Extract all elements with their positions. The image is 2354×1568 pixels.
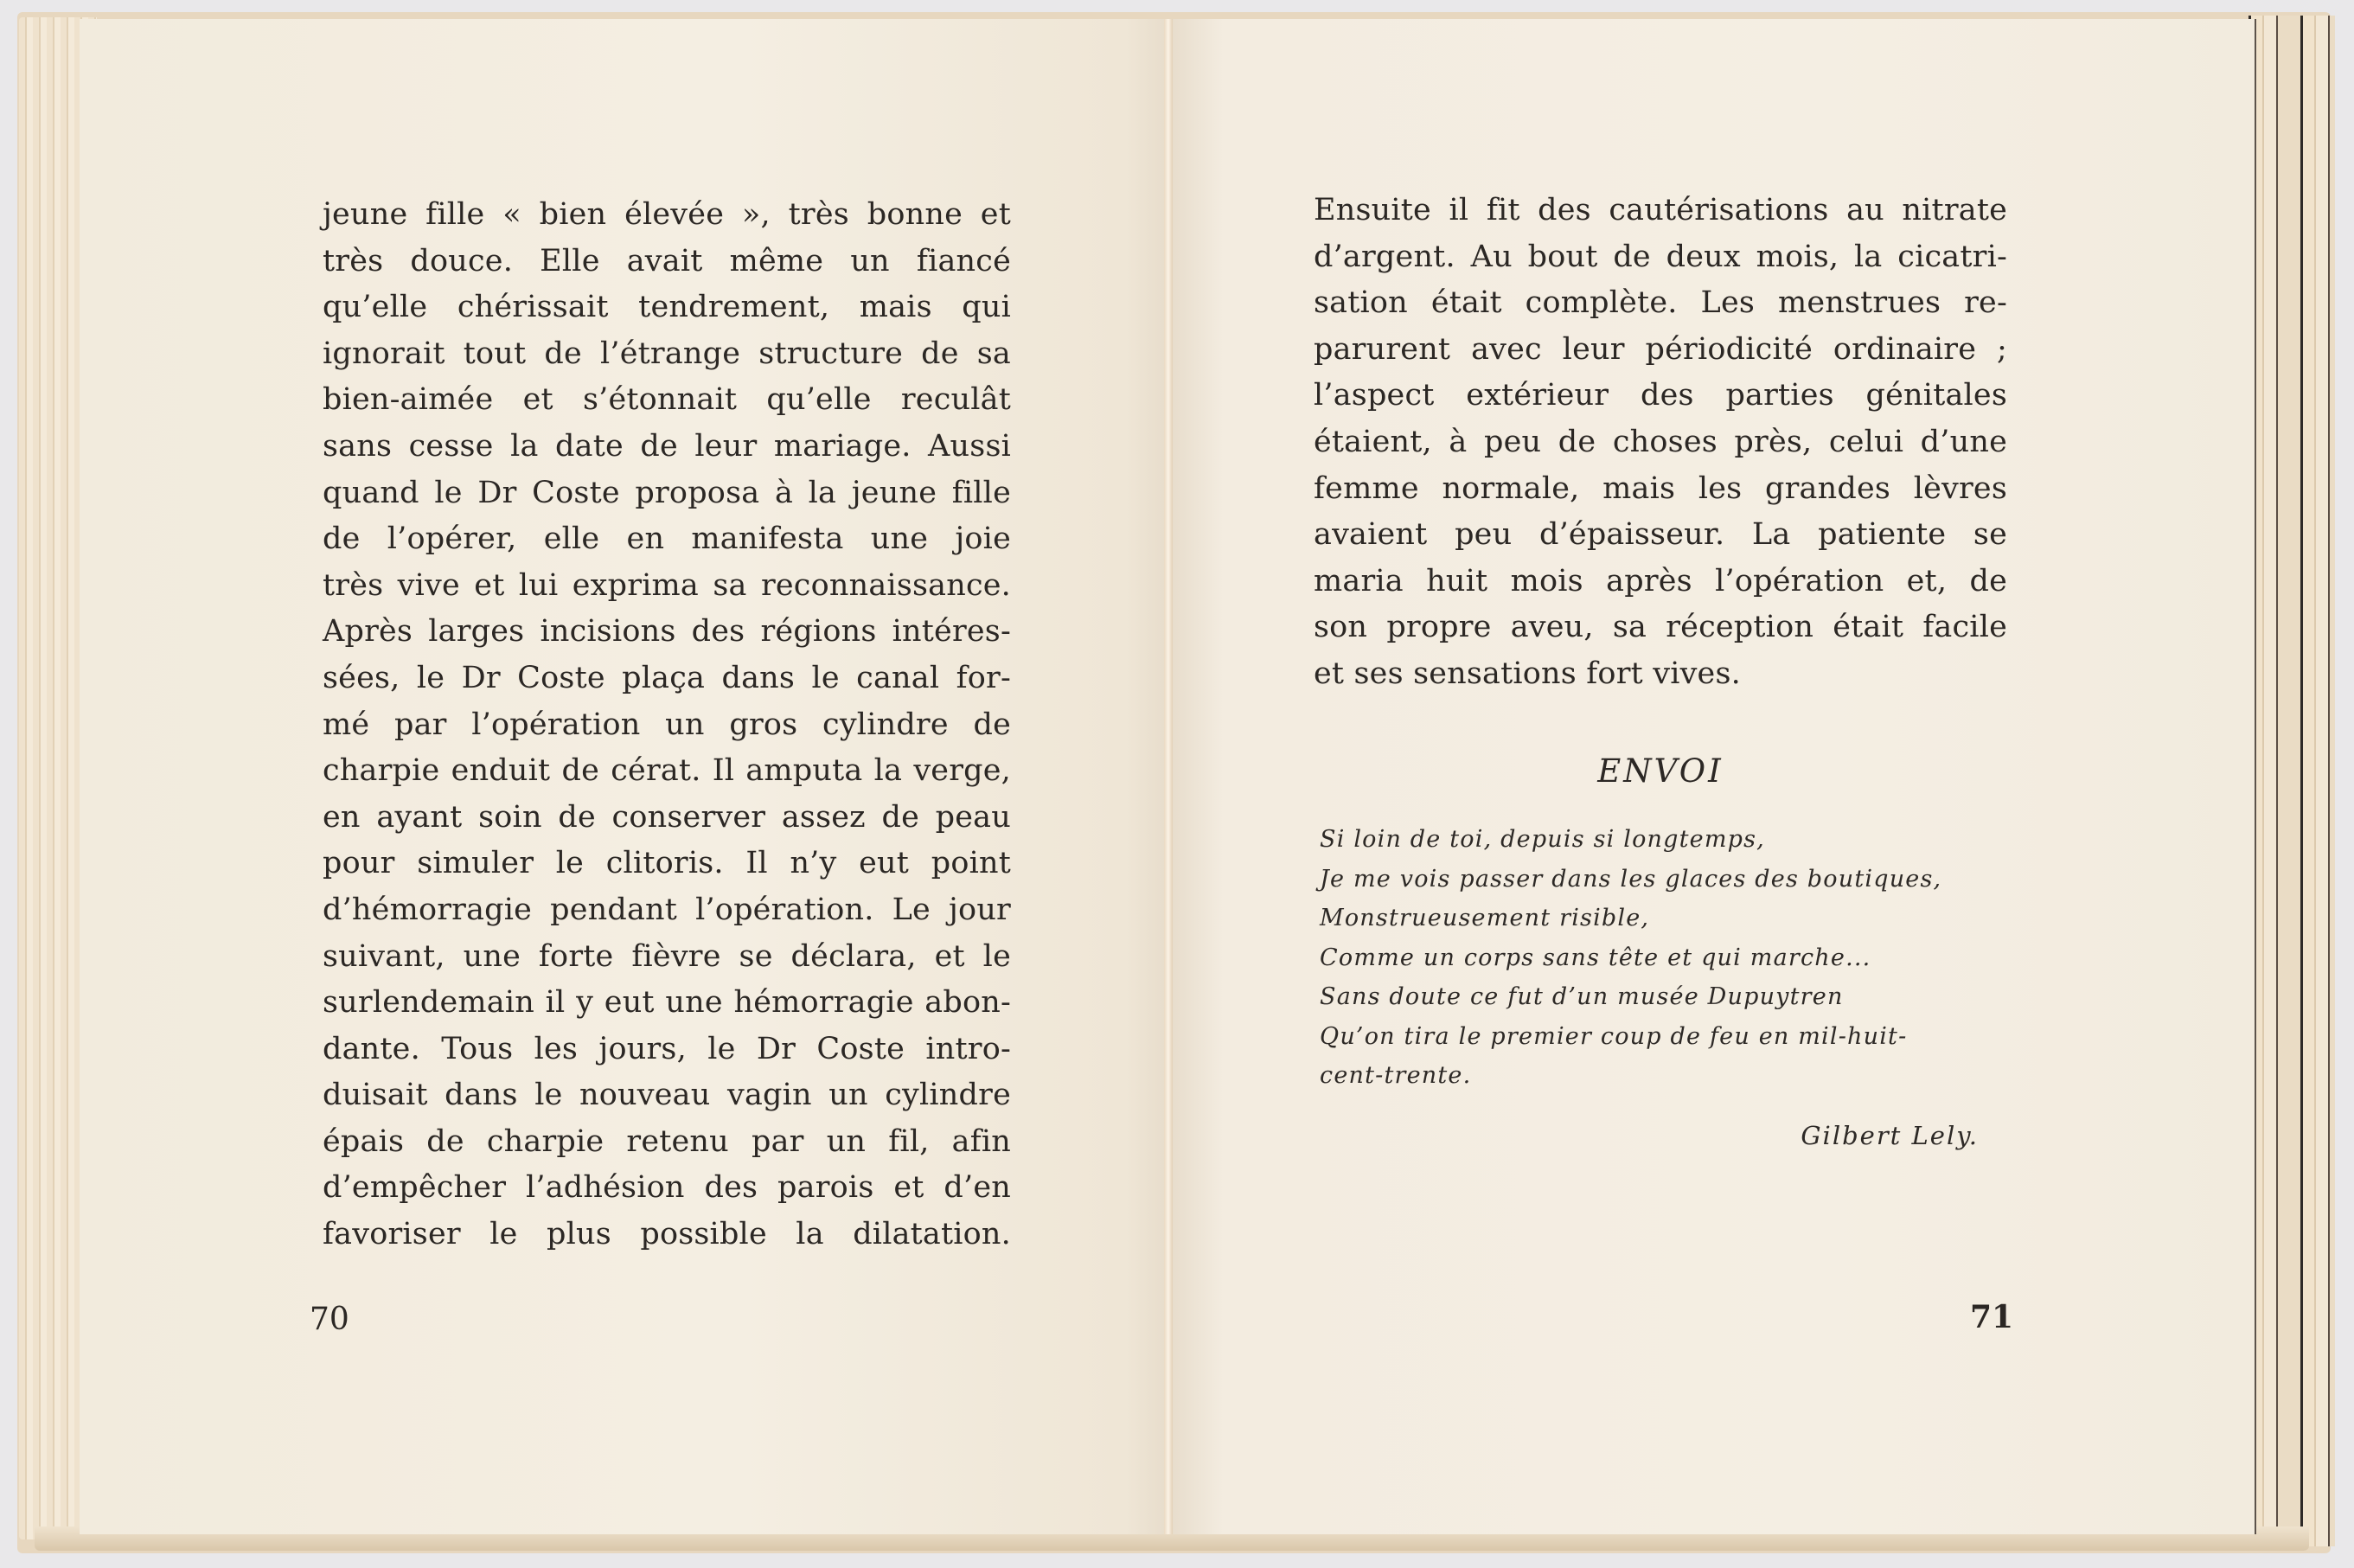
- poem-line: Comme un corps sans tête et qui marche..…: [1320, 938, 2012, 978]
- text-line: épais de charpie retenu par un fil, afin: [323, 1119, 1011, 1166]
- text-line: femme normale, mais les grandes lèvres: [1314, 466, 2007, 513]
- left-page-body: jeune fille « bien élevée », très bonne …: [323, 192, 1011, 1258]
- text-line: et ses sensations fort vives.: [1314, 651, 2007, 698]
- envoi-heading: ENVOI: [1315, 752, 2006, 790]
- text-line: bien-aimée et s’étonnait qu’elle reculât: [323, 377, 1011, 424]
- text-line: Après larges incisions des régions intér…: [323, 609, 1011, 656]
- page-number-left: 70: [310, 1302, 349, 1337]
- poem: Si loin de toi, depuis si longtemps, Je …: [1320, 820, 2012, 1096]
- text-line: d’hémorragie pendant l’opération. Le jou…: [323, 887, 1011, 934]
- text-line: son propre aveu, sa réception était faci…: [1314, 605, 2007, 651]
- text-line: maria huit mois après l’opération et, de: [1314, 559, 2007, 605]
- text-line: avaient peu d’épaisseur. La patiente se: [1314, 512, 2007, 559]
- text-line: l’aspect extérieur des parties génitales: [1314, 373, 2007, 419]
- poem-line: cent-trente.: [1320, 1056, 2012, 1096]
- right-page-stack-edge: [2248, 16, 2335, 1546]
- text-line: dante. Tous les jours, le Dr Coste intro…: [323, 1027, 1011, 1073]
- text-line: duisait dans le nouveau vagin un cylindr…: [323, 1072, 1011, 1119]
- text-line: étaient, à peu de choses près, celui d’u…: [1314, 419, 2007, 466]
- text-line: favoriser le plus possible la dilatation…: [323, 1212, 1011, 1258]
- text-line: jeune fille « bien élevée », très bonne …: [323, 192, 1011, 239]
- text-line: ignorait tout de l’étrange structure de …: [323, 331, 1011, 378]
- text-line: charpie enduit de cérat. Il amputa la ve…: [323, 748, 1011, 795]
- text-line: qu’elle chérissait tendrement, mais qui: [323, 285, 1011, 331]
- text-line: sans cesse la date de leur mariage. Auss…: [323, 424, 1011, 470]
- author-signature: Gilbert Lely.: [1643, 1121, 1979, 1150]
- text-line: d’empêcher l’adhésion des parois et d’en: [323, 1165, 1011, 1212]
- text-line: sation était complète. Les menstrues re-: [1314, 280, 2007, 327]
- text-line: parurent avec leur périodicité ordinaire…: [1314, 327, 2007, 374]
- poem-line: Monstrueusement risible,: [1320, 899, 2012, 938]
- text-line: suivant, une forte fièvre se déclara, et…: [323, 934, 1011, 981]
- poem-line: Si loin de toi, depuis si longtemps,: [1320, 820, 2012, 860]
- text-line: en ayant soin de conserver assez de peau: [323, 795, 1011, 842]
- text-line: surlendemain il y eut une hémorragie abo…: [323, 980, 1011, 1027]
- right-page-body: Ensuite il fit des cautérisations au nit…: [1314, 188, 2007, 698]
- text-line: de l’opérer, elle en manifesta une joie: [323, 516, 1011, 563]
- text-line: Ensuite il fit des cautérisations au nit…: [1314, 188, 2007, 234]
- text-line: pour simuler le clitoris. Il n’y eut poi…: [323, 841, 1011, 887]
- book-gutter: [1164, 19, 1173, 1534]
- poem-line: Qu’on tira le premier coup de feu en mil…: [1320, 1017, 2012, 1057]
- text-line: d’argent. Au bout de deux mois, la cicat…: [1314, 234, 2007, 281]
- poem-line: Sans doute ce fut d’un musée Dupuytren: [1320, 977, 2012, 1017]
- text-line: sées, le Dr Coste plaça dans le canal fo…: [323, 656, 1011, 702]
- text-line: quand le Dr Coste proposa à la jeune fil…: [323, 470, 1011, 517]
- text-line: mé par l’opération un gros cylindre de: [323, 702, 1011, 749]
- text-line: très douce. Elle avait même un fiancé: [323, 239, 1011, 285]
- text-line: très vive et lui exprima sa reconnaissan…: [323, 563, 1011, 610]
- poem-line: Je me vois passer dans les glaces des bo…: [1320, 860, 2012, 899]
- page-number-right: 71: [1970, 1299, 2013, 1335]
